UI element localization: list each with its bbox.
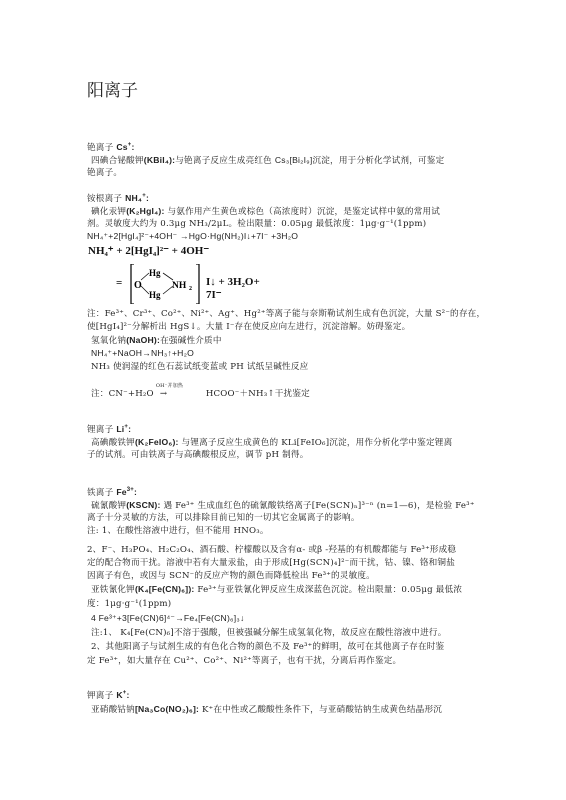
body-text: 与氨作用产生黄色或棕色（高浓度时）沉淀，是鉴定试样中氨的常用试 — [165, 207, 441, 217]
fe-note-line-1: 注: 1、在酸性溶液中进行，但不能用 HNO₃。 — [87, 526, 269, 537]
svg-text:Hg: Hg — [149, 268, 161, 278]
ion-symbol: Cs — [116, 142, 127, 152]
reagent-formula: (K₂HgI₄): — [126, 206, 164, 216]
heading-text: 钾离子 — [87, 691, 116, 701]
svg-text:O: O — [134, 280, 142, 291]
body-text: HCOO⁻＋NH₃↑干扰鉴定 — [206, 389, 310, 399]
ion-symbol: Fe — [116, 487, 126, 497]
fe-text-line: 离子十分灵敏的方法，可以排除目前已知的一切其它金属离子的影响。 — [87, 513, 360, 524]
section-heading-k: 钾离子 K+: — [87, 690, 130, 702]
reagent-formula: (KBiI₄): — [144, 155, 175, 165]
reagent-name: 氢氧化钠 — [91, 336, 126, 346]
nh4-equation: NH₄⁺+2[HgI₄]²⁻+4OH⁻ →HgO·Hg(NH₂)I↓+7I⁻ +… — [87, 231, 298, 242]
heading-text: 锂离子 — [87, 425, 116, 435]
nh4-note-line-2: 使[HgI₄]²⁻分解析出 HgS↓。大量 I⁻存在使反应向左进行，沉淀溶解。妨… — [87, 322, 410, 333]
ion-symbol: NH₄ — [125, 193, 142, 203]
heading-text: 铯离子 — [87, 143, 116, 153]
li-text-line: 子的试剂。可由铁离子与高碘酸根反应，调节 pH 制得。 — [87, 450, 309, 461]
fe-reagent2-note-2a: 2、其他阳离子与试剂生成的有色化合物的颜色不及 Fe³⁺的鲜明，故可在其他离子存… — [91, 642, 444, 653]
reagent-name: 高碘酸铁钾 — [91, 438, 135, 448]
reagent-name: 硫氰酸钾 — [91, 501, 126, 511]
reagent-name: 四碘合铋酸钾 — [91, 156, 144, 166]
svg-text:2: 2 — [189, 286, 192, 292]
fe-reagent2-note-1: 注:1、 K₄[Fe(CN)₆]不溶于强酸，但被强碱分解生成氢氧化物，故反应在酸… — [91, 628, 446, 639]
naoh-equation: NH₄⁺+NaOH→NH₃↑+H₂O — [91, 348, 194, 359]
formula-equals: = — [116, 277, 122, 289]
product-formula: Cs₃[Bi₂I₉] — [275, 155, 313, 165]
fe-equation: 4 Fe³⁺+3[Fe(CN)6]⁴⁻→Fe₄[Fe(CN)₆]₃↓ — [91, 613, 244, 624]
fe-reagent2-note-2b: 定 Fe³⁺，如大量存在 Cu²⁺、Co²⁺、Ni²⁺等离子，也有干扰，分离后再… — [87, 656, 401, 667]
section-heading-fe: 铁离子 Fe3+: — [87, 487, 137, 499]
section-heading-nh4: 铵根离子 NH₄+: — [87, 193, 149, 205]
ion-charge: 3+ — [127, 487, 134, 493]
formula-reactants: NH₄⁺ + 2[HgI₄]²⁻ + 4OH⁻ — [88, 244, 209, 257]
fe-reagent2-line: 亚铁氰化钾(K₄[Fe(CN)₆]): Fe³⁺与亚铁氰化钾反应生成深蓝色沉淀。… — [91, 584, 462, 596]
nh3-test-line: NH₃ 使润湿的红色石蕊试纸变蓝或 PH 试纸呈碱性反应 — [91, 362, 308, 373]
fe-note-line-2b: 定的配合物而干扰。溶液中若有大量汞盐，由于形成[Hg(SCN)₄]²⁻而干扰，钴… — [87, 558, 455, 569]
svg-text:Hg: Hg — [149, 290, 161, 300]
body-text: 遇 Fe³⁺ 生成血红色的硫氰酸铁络离子[Fe(SCN)ₙ]³⁻ⁿ (n=1—6… — [161, 501, 475, 511]
body-text: 在强碱性介质中 — [160, 336, 222, 346]
reagent-formula: (KSCN): — [126, 500, 160, 510]
body-text: 与锂离子反应生成黄色的 KLi[FeIO₆]沉淀，用作分析化学中鉴定锂离 — [179, 438, 453, 448]
fe-reagent-line: 硫氰酸钾(KSCN): 遇 Fe³⁺ 生成血红色的硫氰酸铁络离子[Fe(SCN)… — [91, 500, 475, 512]
body-text: 注：CN⁻+H₂O — [91, 389, 154, 399]
cs-reagent-line: 四碘合铋酸钾(KBiI₄):与铯离子反应生成亮红色 Cs₃[Bi₂I₉]沉淀，用… — [91, 155, 444, 167]
reagent-formula: (K₂FeIO₆): — [135, 437, 179, 447]
formula-products: I↓ + 3H₂O+ 7I⁻ — [206, 276, 278, 301]
reagent-formula: (NaOH): — [126, 335, 160, 345]
nh4-text-line: 剂。灵敏度大约为 0.3μg NH₃/2μL。检出限量：0.05μg 最低浓度：… — [87, 219, 426, 230]
li-reagent-line: 高碘酸铁钾(K₂FeIO₆): 与锂离子反应生成黄色的 KLi[FeIO₆]沉淀… — [91, 437, 452, 449]
body-text: 与铯离子反应生成亮红色 — [175, 156, 275, 166]
section-heading-li: 锂离子 Li+: — [87, 424, 131, 436]
cn-note-line: 注：CN⁻+H₂OOH⁻并加热→HCOO⁻＋NH₃↑干扰鉴定 — [91, 389, 310, 400]
page-title: 阳离子 — [87, 76, 138, 101]
fe-note-line-2c: 因离子有色，或因与 SCN⁻的反应产物的颜色而降低检出 Fe³⁺的灵敏度。 — [87, 571, 375, 582]
svg-text:NH: NH — [172, 281, 187, 291]
nh4-reagent-line: 碘化汞钾(K₂HgI₄): 与氨作用产生黄色或棕色（高浓度时）沉淀，是鉴定试样中… — [91, 206, 440, 218]
bracket-structure-icon: O Hg Hg NH 2 — [130, 264, 200, 304]
reagent-formula: [Na₃Co(NO₂)₆]: — [135, 704, 199, 714]
k-reagent-line: 亚硝酸钴钠[Na₃Co(NO₂)₆]: K⁺在中性或乙酸酸性条件下，与亚硝酸钴钠… — [91, 704, 442, 716]
reagent-formula: (K₄[Fe(CN)₆]): — [135, 584, 194, 594]
reagent-name: 亚硝酸钴钠 — [91, 705, 135, 715]
reagent-name: 碘化汞钾 — [91, 207, 126, 217]
heading-text: 铵根离子 — [87, 194, 125, 204]
section-heading-cs: 铯离子 Cs+: — [87, 142, 135, 154]
structural-formula-image: NH₄⁺ + 2[HgI₄]²⁻ + 4OH⁻ = O Hg Hg NH 2 I… — [88, 244, 278, 308]
naoh-reagent-line: 氢氧化钠(NaOH):在强碱性介质中 — [91, 335, 222, 347]
body-text: Fe³⁺与亚铁氰化钾反应生成深蓝色沉淀。检出限量：0.05μg 最低浓 — [194, 585, 462, 595]
body-text: K⁺在中性或乙酸酸性条件下，与亚硝酸钴钠生成黄色结晶形沉 — [199, 705, 442, 715]
nh4-note-line-1: 注：Fe³⁺、Cr³⁺、Co²⁺、Ni²⁺、Ag⁺、Hg²⁺等离子能与奈斯勒试剂… — [87, 309, 485, 320]
arrow-condition-label: OH⁻并加热 — [156, 381, 183, 392]
heading-text: 铁离子 — [87, 488, 116, 498]
fe-reagent2-text: 度：1μg·g⁻¹(1ppm) — [87, 599, 171, 610]
reagent-name: 亚铁氰化钾 — [91, 585, 135, 595]
fe-note-line-2a: 2、F⁻、H₃PO₄、H₂C₂O₄、酒石酸、柠檬酸以及含有α- 或β -羟基的有… — [87, 545, 456, 556]
body-text: 沉淀，用于分析化学试剂，可鉴定 — [312, 156, 444, 166]
cs-text-line: 铯离子。 — [87, 168, 122, 179]
document-page: 阳离子 铯离子 Cs+: 四碘合铋酸钾(KBiI₄):与铯离子反应生成亮红色 C… — [0, 0, 566, 800]
